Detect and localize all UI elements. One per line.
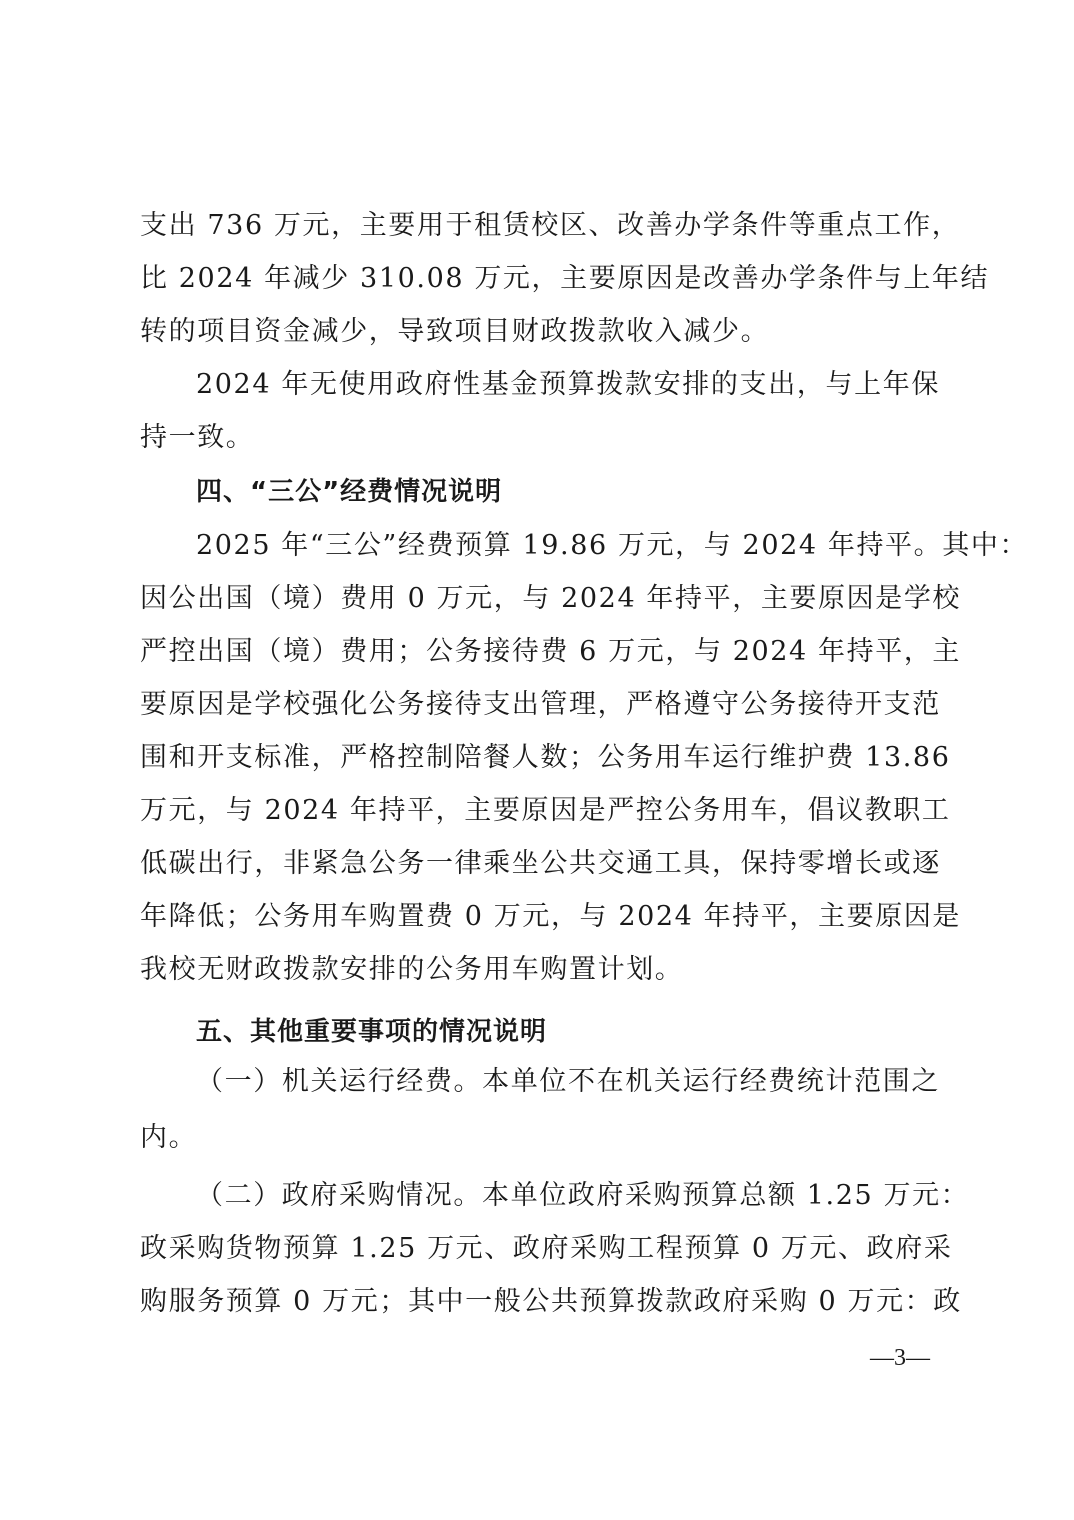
text-line: 围和开支标准，严格控制陪餐人数；公务用车运行维护费 13.86 [140,738,940,778]
text-line: 转的项目资金减少，导致项目财政拨款收入减少。 [140,312,940,352]
text-line: 2024 年无使用政府性基金预算拨款安排的支出，与上年保 [196,365,940,405]
text-line: （二）政府采购情况。本单位政府采购预算总额 1.25 万元： [196,1176,940,1216]
document-page: 支出 736 万元，主要用于租赁校区、改善办学条件等重点工作， 比 2024 年… [0,0,1074,1520]
text-line: 年降低；公务用车购置费 0 万元，与 2024 年持平，主要原因是 [140,897,940,937]
page-number: —3— [870,1343,930,1373]
text-line: 要原因是学校强化公务接待支出管理，严格遵守公务接待开支范 [140,685,940,725]
text-line: 万元，与 2024 年持平，主要原因是严控公务用车，倡议教职工 [140,791,940,831]
text-line: 因公出国（境）费用 0 万元，与 2024 年持平，主要原因是学校 [140,579,940,619]
text-line: 严控出国（境）费用；公务接待费 6 万元，与 2024 年持平，主 [140,632,940,672]
text-line: 购服务预算 0 万元；其中一般公共预算拨款政府采购 0 万元：政 [140,1282,940,1322]
text-line: 内。 [140,1118,940,1158]
text-line: 比 2024 年减少 310.08 万元，主要原因是改善办学条件与上年结 [140,259,940,299]
text-line: 政采购货物预算 1.25 万元、政府采购工程预算 0 万元、政府采 [140,1229,940,1269]
text-line: （一）机关运行经费。本单位不在机关运行经费统计范围之 [196,1062,940,1102]
text-line: 2025 年“三公”经费预算 19.86 万元，与 2024 年持平。其中： [196,526,940,566]
text-line: 持一致。 [140,418,940,458]
section-four-heading: 四、“三公”经费情况说明 [196,472,502,512]
text-line: 我校无财政拨款安排的公务用车购置计划。 [140,950,940,990]
section-five-heading: 五、其他重要事项的情况说明 [196,1012,547,1052]
text-line: 低碳出行，非紧急公务一律乘坐公共交通工具，保持零增长或逐 [140,844,940,884]
text-line: 支出 736 万元，主要用于租赁校区、改善办学条件等重点工作， [140,206,940,246]
